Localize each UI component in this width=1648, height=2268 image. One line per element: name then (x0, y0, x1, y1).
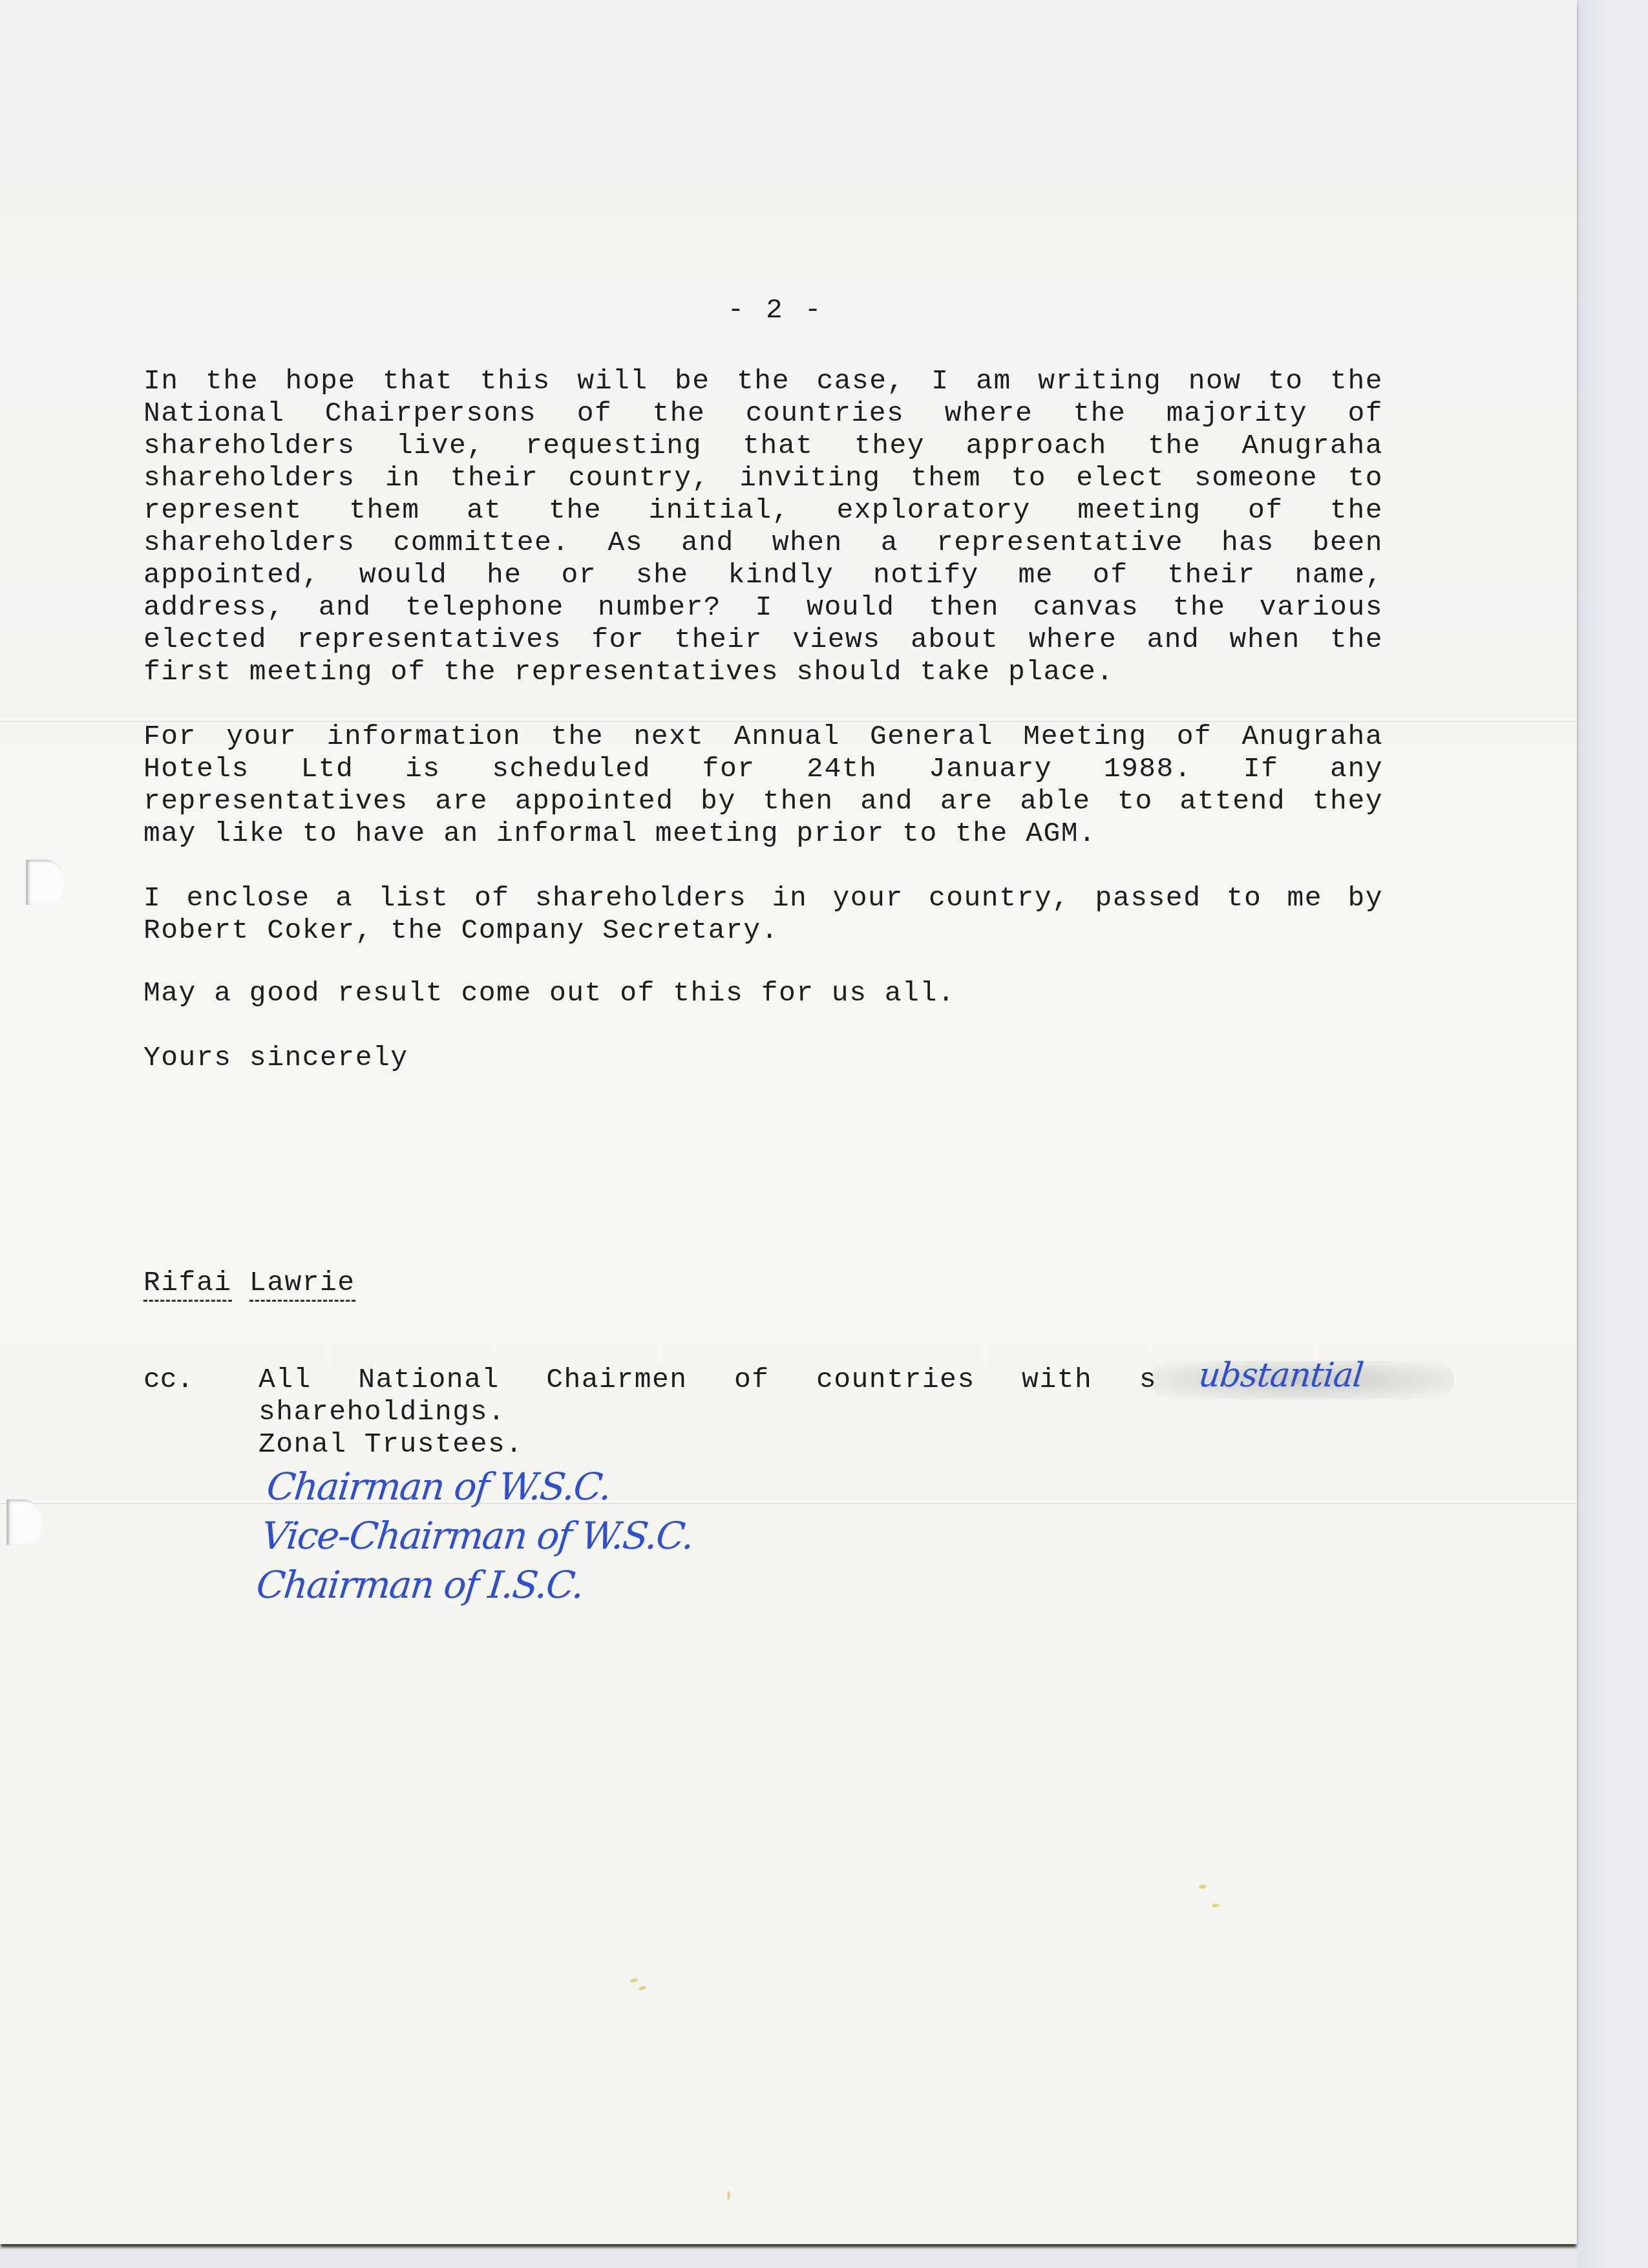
cc-line: shareholdings. (259, 1396, 1157, 1428)
paper-stain (1199, 1885, 1207, 1889)
handwritten-line: Vice-Chairman of W.S.C. (259, 1511, 695, 1560)
paper-stain (638, 1986, 646, 1991)
text-line: representatives are appointed by then an… (143, 785, 1383, 818)
text-line: For your information the next Annual Gen… (143, 721, 1383, 753)
cc-line: All National Chairmen of countries with … (259, 1364, 1157, 1396)
text-line: In the hope that this will be the case, … (143, 365, 1383, 397)
signature-first-name: Rifai (143, 1267, 232, 1302)
cc-label: cc. (143, 1364, 193, 1395)
paragraph-enclosure: I enclose a list of shareholders in your… (143, 882, 1383, 947)
page-number: - 2 - (711, 294, 840, 326)
signature-last-name: Lawrie (249, 1267, 355, 1302)
text-line: shareholders committee. As and when a re… (143, 527, 1383, 559)
text-line: first meeting of the representatives sho… (143, 656, 1383, 688)
text-line: Yours sincerely (143, 1042, 1383, 1074)
fold-line (0, 1501, 1577, 1505)
handwritten-correction: ubstantial (1197, 1356, 1365, 1395)
text-line: shareholders in their country, inviting … (143, 462, 1383, 494)
scanner-background (1577, 0, 1648, 2268)
handwritten-line: Chairman of I.S.C. (254, 1560, 690, 1609)
text-line: address, and telephone number? I would t… (143, 591, 1383, 624)
text-line: Robert Coker, the Company Secretary. (143, 915, 1383, 947)
text-line: Hotels Ltd is scheduled for 24th January… (143, 753, 1383, 785)
cc-recipients: All National Chairmen of countries with … (259, 1364, 1157, 1461)
text-line: elected representatives for their views … (143, 624, 1383, 656)
text-line: appointed, would he or she kindly notify… (143, 559, 1383, 591)
paper-stain (727, 2191, 730, 2200)
text-line: I enclose a list of shareholders in your… (143, 882, 1383, 915)
text-line: shareholders live, requesting that they … (143, 430, 1383, 462)
paper-stain (1212, 1903, 1220, 1907)
paragraph-closing-wish: May a good result come out of this for u… (143, 977, 1383, 1010)
punch-hole (26, 860, 65, 905)
signature-name: Rifai Lawrie (143, 1267, 355, 1298)
valediction: Yours sincerely (143, 1042, 1383, 1074)
cc-line: Zonal Trustees. (259, 1428, 1157, 1461)
text-line: represent them at the initial, explorato… (143, 494, 1383, 527)
text-line: National Chairpersons of the countries w… (143, 397, 1383, 430)
paragraph-request: In the hope that this will be the case, … (143, 365, 1383, 688)
letter-page: - 2 - In the hope that this will be the … (0, 0, 1577, 2244)
text-line: May a good result come out of this for u… (143, 977, 1383, 1010)
text-line: may like to have an informal meeting pri… (143, 818, 1383, 850)
punch-hole (6, 1500, 42, 1545)
handwritten-line: Chairman of W.S.C. (264, 1462, 701, 1511)
paragraph-agm: For your information the next Annual Gen… (143, 721, 1383, 850)
handwritten-recipients: Chairman of W.S.C. Vice-Chairman of W.S.… (254, 1462, 701, 1609)
paper-stain (629, 1978, 638, 1984)
